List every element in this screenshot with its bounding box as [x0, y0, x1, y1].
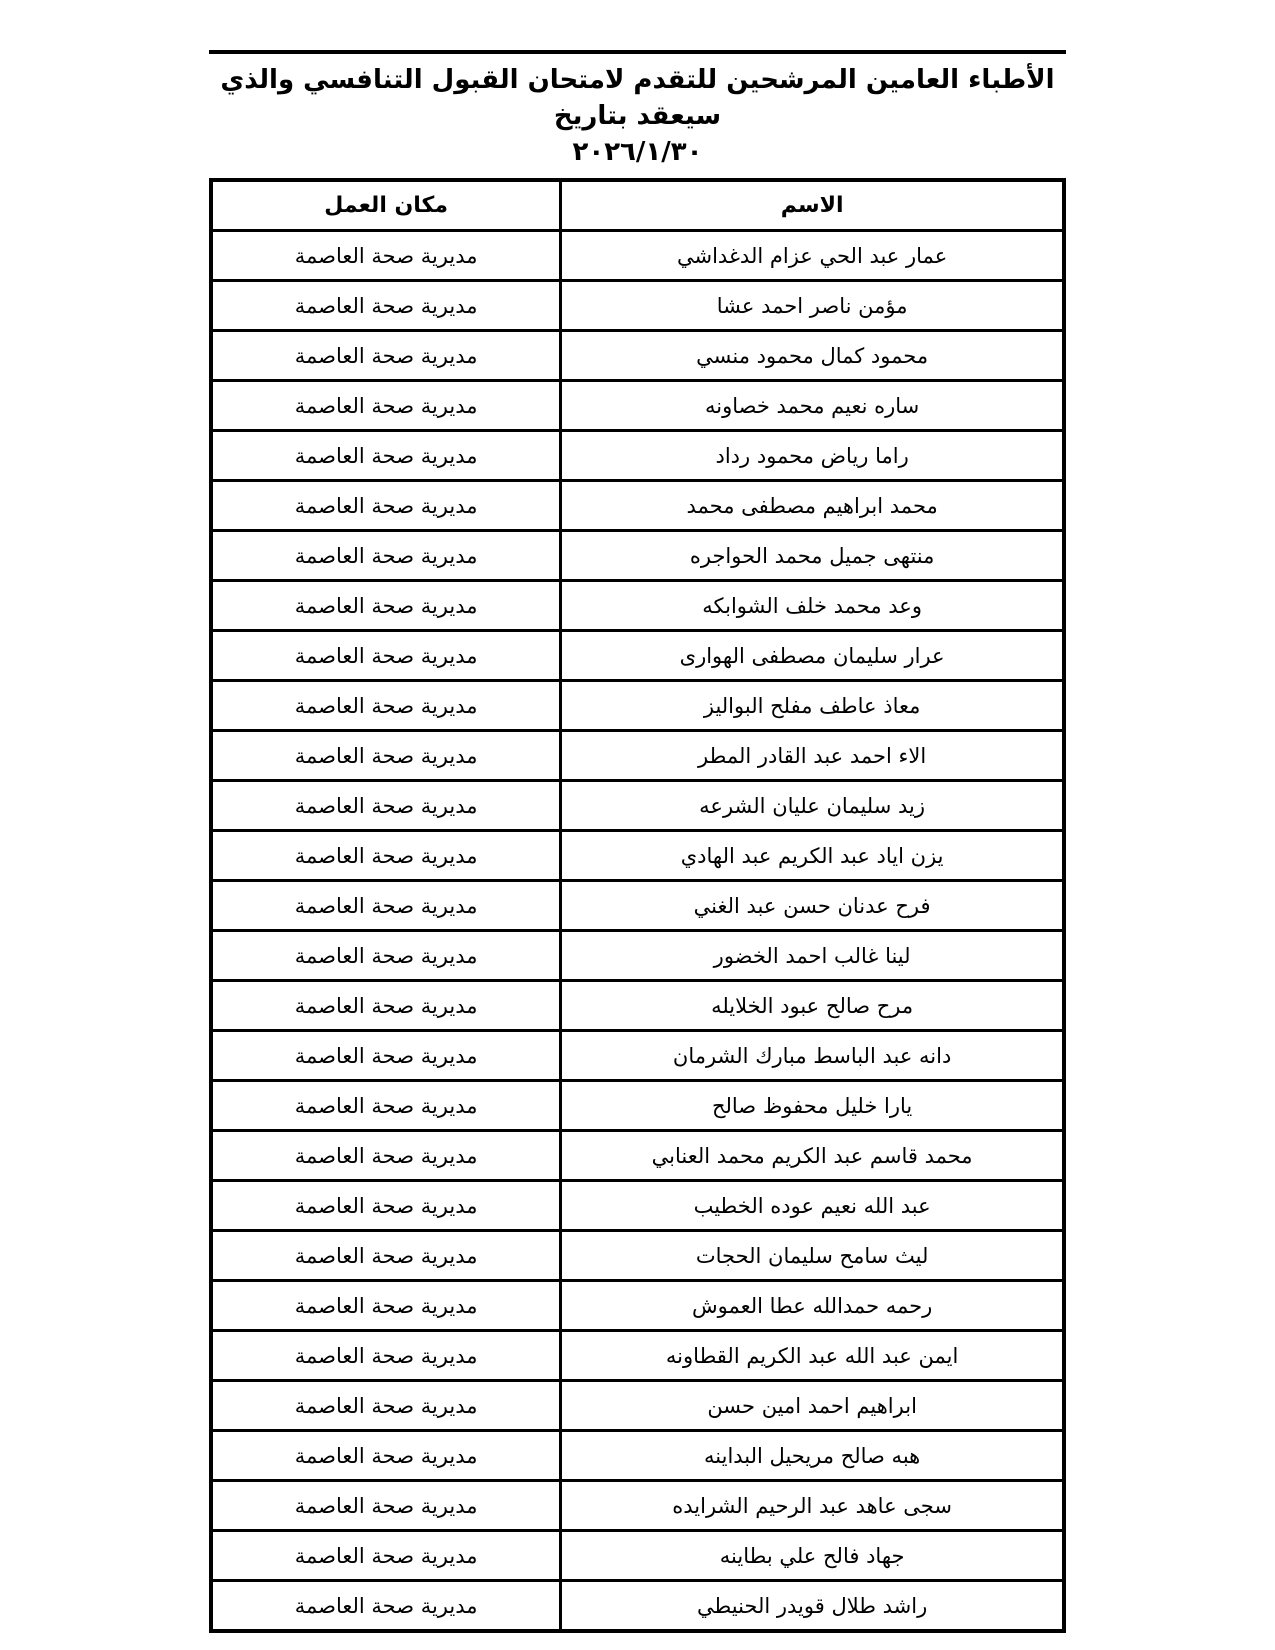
- workplace-cell: مديرية صحة العاصمة: [211, 781, 561, 831]
- table-row: منتهى جميل محمد الحواجره مديرية صحة العا…: [211, 531, 1064, 581]
- workplace-cell: مديرية صحة العاصمة: [211, 1031, 561, 1081]
- workplace-cell: مديرية صحة العاصمة: [211, 1131, 561, 1181]
- workplace-cell: مديرية صحة العاصمة: [211, 1581, 561, 1632]
- name-cell: عمار عبد الحي عزام الدغداشي: [561, 231, 1064, 281]
- name-cell: مؤمن ناصر احمد عشا: [561, 281, 1064, 331]
- workplace-cell: مديرية صحة العاصمة: [211, 431, 561, 481]
- name-cell: منتهى جميل محمد الحواجره: [561, 531, 1064, 581]
- header-workplace: مكان العمل: [211, 180, 561, 231]
- name-cell: وعد محمد خلف الشوابكه: [561, 581, 1064, 631]
- workplace-cell: مديرية صحة العاصمة: [211, 481, 561, 531]
- table-row: عرار سليمان مصطفى الهوارى مديرية صحة الع…: [211, 631, 1064, 681]
- table-row: يارا خليل محفوظ صالح مديرية صحة العاصمة: [211, 1081, 1064, 1131]
- name-cell: راما رياض محمود رداد: [561, 431, 1064, 481]
- table-row: محمد ابراهيم مصطفى محمد مديرية صحة العاص…: [211, 481, 1064, 531]
- table-row: مؤمن ناصر احمد عشا مديرية صحة العاصمة: [211, 281, 1064, 331]
- horizontal-rule: [209, 50, 1066, 54]
- table-row: سجى عاهد عبد الرحيم الشرايده مديرية صحة …: [211, 1481, 1064, 1531]
- workplace-cell: مديرية صحة العاصمة: [211, 1431, 561, 1481]
- table-row: يزن اياد عبد الكريم عبد الهادي مديرية صح…: [211, 831, 1064, 881]
- table-body: عمار عبد الحي عزام الدغداشي مديرية صحة ا…: [211, 231, 1064, 1632]
- name-cell: ايمن عبد الله عبد الكريم القطاونه: [561, 1331, 1064, 1381]
- name-cell: دانه عبد الباسط مبارك الشرمان: [561, 1031, 1064, 1081]
- workplace-cell: مديرية صحة العاصمة: [211, 731, 561, 781]
- name-cell: محمود كمال محمود منسي: [561, 331, 1064, 381]
- workplace-cell: مديرية صحة العاصمة: [211, 531, 561, 581]
- name-cell: مرح صالح عبود الخلايله: [561, 981, 1064, 1031]
- candidates-table: الاسم مكان العمل عمار عبد الحي عزام الدغ…: [209, 178, 1066, 1633]
- name-cell: هبه صالح مريحيل البداينه: [561, 1431, 1064, 1481]
- name-cell: يزن اياد عبد الكريم عبد الهادي: [561, 831, 1064, 881]
- workplace-cell: مديرية صحة العاصمة: [211, 631, 561, 681]
- name-cell: محمد ابراهيم مصطفى محمد: [561, 481, 1064, 531]
- workplace-cell: مديرية صحة العاصمة: [211, 581, 561, 631]
- name-cell: عرار سليمان مصطفى الهوارى: [561, 631, 1064, 681]
- table-row: وعد محمد خلف الشوابكه مديرية صحة العاصمة: [211, 581, 1064, 631]
- workplace-cell: مديرية صحة العاصمة: [211, 681, 561, 731]
- table-row: محمود كمال محمود منسي مديرية صحة العاصمة: [211, 331, 1064, 381]
- table-row: ساره نعيم محمد خصاونه مديرية صحة العاصمة: [211, 381, 1064, 431]
- name-cell: الاء احمد عبد القادر المطر: [561, 731, 1064, 781]
- table-row: هبه صالح مريحيل البداينه مديرية صحة العا…: [211, 1431, 1064, 1481]
- workplace-cell: مديرية صحة العاصمة: [211, 1281, 561, 1331]
- workplace-cell: مديرية صحة العاصمة: [211, 831, 561, 881]
- table-row: ابراهيم احمد امين حسن مديرية صحة العاصمة: [211, 1381, 1064, 1431]
- table-row: عبد الله نعيم عوده الخطيب مديرية صحة الع…: [211, 1181, 1064, 1231]
- table-row: عمار عبد الحي عزام الدغداشي مديرية صحة ا…: [211, 231, 1064, 281]
- table-row: راشد طلال قويدر الحنيطي مديرية صحة العاص…: [211, 1581, 1064, 1632]
- name-cell: ليث سامح سليمان الحجات: [561, 1231, 1064, 1281]
- table-row: رحمه حمدالله عطا العموش مديرية صحة العاص…: [211, 1281, 1064, 1331]
- name-cell: زيد سليمان عليان الشرعه: [561, 781, 1064, 831]
- table-row: دانه عبد الباسط مبارك الشرمان مديرية صحة…: [211, 1031, 1064, 1081]
- name-cell: عبد الله نعيم عوده الخطيب: [561, 1181, 1064, 1231]
- workplace-cell: مديرية صحة العاصمة: [211, 1531, 561, 1581]
- table-row: ليث سامح سليمان الحجات مديرية صحة العاصم…: [211, 1231, 1064, 1281]
- document-title: الأطباء العامين المرشحين للتقدم لامتحان …: [209, 62, 1066, 134]
- table-header: الاسم مكان العمل: [211, 180, 1064, 231]
- name-cell: ابراهيم احمد امين حسن: [561, 1381, 1064, 1431]
- table-row: محمد قاسم عبد الكريم محمد العنابي مديرية…: [211, 1131, 1064, 1181]
- workplace-cell: مديرية صحة العاصمة: [211, 381, 561, 431]
- workplace-cell: مديرية صحة العاصمة: [211, 1081, 561, 1131]
- name-cell: سجى عاهد عبد الرحيم الشرايده: [561, 1481, 1064, 1531]
- table-row: راما رياض محمود رداد مديرية صحة العاصمة: [211, 431, 1064, 481]
- name-cell: ساره نعيم محمد خصاونه: [561, 381, 1064, 431]
- table-row: الاء احمد عبد القادر المطر مديرية صحة ال…: [211, 731, 1064, 781]
- header-name: الاسم: [561, 180, 1064, 231]
- name-cell: يارا خليل محفوظ صالح: [561, 1081, 1064, 1131]
- table-row: معاذ عاطف مفلح البواليز مديرية صحة العاص…: [211, 681, 1064, 731]
- table-row: زيد سليمان عليان الشرعه مديرية صحة العاص…: [211, 781, 1064, 831]
- table-row: فرح عدنان حسن عبد الغني مديرية صحة العاص…: [211, 881, 1064, 931]
- name-cell: فرح عدنان حسن عبد الغني: [561, 881, 1064, 931]
- workplace-cell: مديرية صحة العاصمة: [211, 931, 561, 981]
- document-content: الأطباء العامين المرشحين للتقدم لامتحان …: [209, 50, 1066, 1633]
- name-cell: راشد طلال قويدر الحنيطي: [561, 1581, 1064, 1632]
- table-row: جهاد فالح علي بطاينه مديرية صحة العاصمة: [211, 1531, 1064, 1581]
- workplace-cell: مديرية صحة العاصمة: [211, 1331, 561, 1381]
- document-title-date: ٢٠٢٦/١/٣٠: [209, 134, 1066, 170]
- name-cell: رحمه حمدالله عطا العموش: [561, 1281, 1064, 1331]
- header-row: الاسم مكان العمل: [211, 180, 1064, 231]
- name-cell: محمد قاسم عبد الكريم محمد العنابي: [561, 1131, 1064, 1181]
- workplace-cell: مديرية صحة العاصمة: [211, 1481, 561, 1531]
- workplace-cell: مديرية صحة العاصمة: [211, 981, 561, 1031]
- table-row: ايمن عبد الله عبد الكريم القطاونه مديرية…: [211, 1331, 1064, 1381]
- workplace-cell: مديرية صحة العاصمة: [211, 1181, 561, 1231]
- workplace-cell: مديرية صحة العاصمة: [211, 281, 561, 331]
- table-row: مرح صالح عبود الخلايله مديرية صحة العاصم…: [211, 981, 1064, 1031]
- name-cell: معاذ عاطف مفلح البواليز: [561, 681, 1064, 731]
- document-page: الأطباء العامين المرشحين للتقدم لامتحان …: [0, 0, 1275, 1650]
- name-cell: لينا غالب احمد الخضور: [561, 931, 1064, 981]
- workplace-cell: مديرية صحة العاصمة: [211, 881, 561, 931]
- workplace-cell: مديرية صحة العاصمة: [211, 331, 561, 381]
- workplace-cell: مديرية صحة العاصمة: [211, 1231, 561, 1281]
- table-row: لينا غالب احمد الخضور مديرية صحة العاصمة: [211, 931, 1064, 981]
- name-cell: جهاد فالح علي بطاينه: [561, 1531, 1064, 1581]
- workplace-cell: مديرية صحة العاصمة: [211, 231, 561, 281]
- workplace-cell: مديرية صحة العاصمة: [211, 1381, 561, 1431]
